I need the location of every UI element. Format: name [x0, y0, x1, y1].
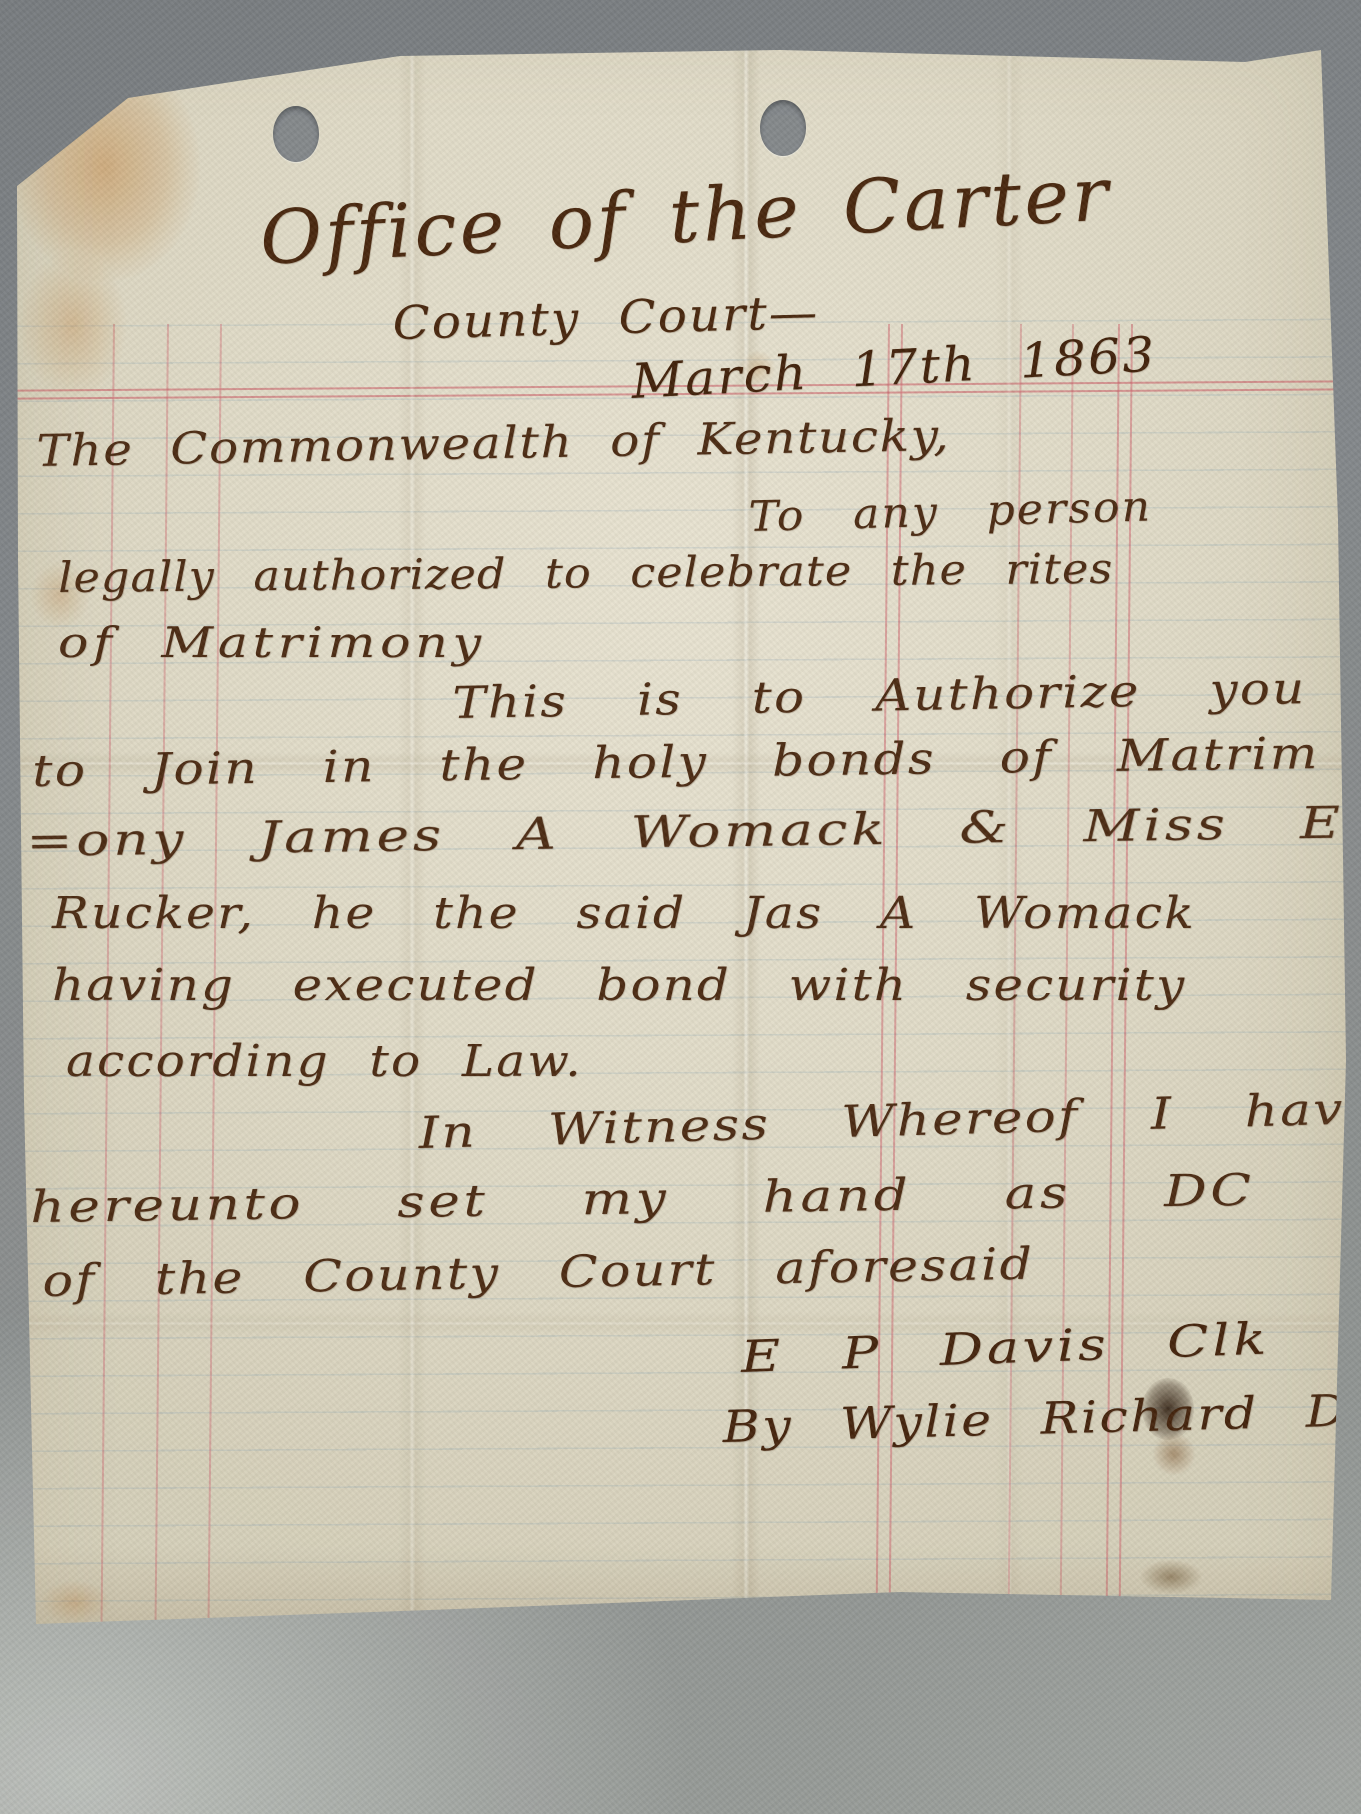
red-column-rule: [1060, 324, 1074, 1622]
ink-stain: [1152, 1432, 1196, 1476]
handwriting-body-1: This is to Authorize you: [452, 663, 1307, 729]
stain: [10, 52, 200, 282]
red-margin-rule: [101, 324, 115, 1622]
blue-horizontal-ruling: [0, 318, 1361, 1617]
handwriting-body-2: to Join in the holy bonds of Matrim: [32, 728, 1320, 797]
paper-crease: [0, 1312, 1361, 1334]
red-column-rule: [889, 324, 903, 1622]
handwriting-header-1: Office of the Carter: [258, 151, 1113, 281]
red-header-rule-bottom: [0, 388, 1361, 399]
stain: [30, 560, 90, 630]
photograph-background: Office of the Carter County Court— March…: [0, 0, 1361, 1814]
red-column-rule: [1119, 324, 1133, 1622]
paper-crease: [398, 0, 426, 1814]
document-paper: Office of the Carter County Court— March…: [0, 0, 1361, 1814]
red-header-rule-top: [0, 380, 1361, 391]
ink-blot: [1142, 1378, 1194, 1440]
stain: [40, 1580, 110, 1625]
handwriting-signature-clerk: E P Davis Clk: [740, 1314, 1270, 1383]
red-column-rule: [876, 324, 890, 1622]
handwriting-witness-2: hereunto set my hand as DC: [30, 1165, 1255, 1233]
red-column-rule: [1106, 324, 1120, 1622]
handwriting-signature-deputy: By Wylie Richard DC: [722, 1385, 1361, 1453]
handwriting-body-3: =ony James A Womack & Miss Ellen: [26, 796, 1361, 867]
handwriting-addressee-1: To any person: [748, 481, 1153, 541]
paper-crease: [0, 752, 1361, 774]
paper-edge-shadow: [0, 1545, 1361, 1625]
red-column-rule: [1008, 324, 1022, 1622]
handwriting-addressee-2: legally authorized to celebrate the rite…: [58, 544, 1114, 602]
stain: [18, 250, 128, 400]
handwriting-header-2: County Court—: [392, 285, 820, 350]
punch-hole-left: [273, 106, 319, 162]
handwriting-body-6: according to Law.: [66, 1036, 583, 1087]
punch-hole-right: [760, 100, 806, 156]
red-margin-rule: [155, 324, 169, 1622]
stain: [740, 350, 776, 386]
smudge-mark: [1140, 1560, 1202, 1594]
handwriting-witness-1: In Witness Whereof I have: [418, 1083, 1361, 1159]
paper-crease: [732, 0, 760, 1814]
handwriting-witness-3: of the County Court aforesaid: [42, 1239, 1035, 1307]
red-margin-rule: [208, 324, 222, 1622]
paper-crease: [995, 0, 1023, 1814]
handwriting-date-line: March 17th 1863: [630, 326, 1158, 409]
handwriting-body-4: Rucker, he the said Jas A Womack: [52, 888, 1196, 939]
handwriting-addressee-3: of Matrimony: [58, 618, 486, 667]
handwriting-body-5: having executed bond with security: [52, 960, 1186, 1011]
handwriting-commonwealth: The Commonwealth of Kentucky,: [36, 410, 951, 477]
